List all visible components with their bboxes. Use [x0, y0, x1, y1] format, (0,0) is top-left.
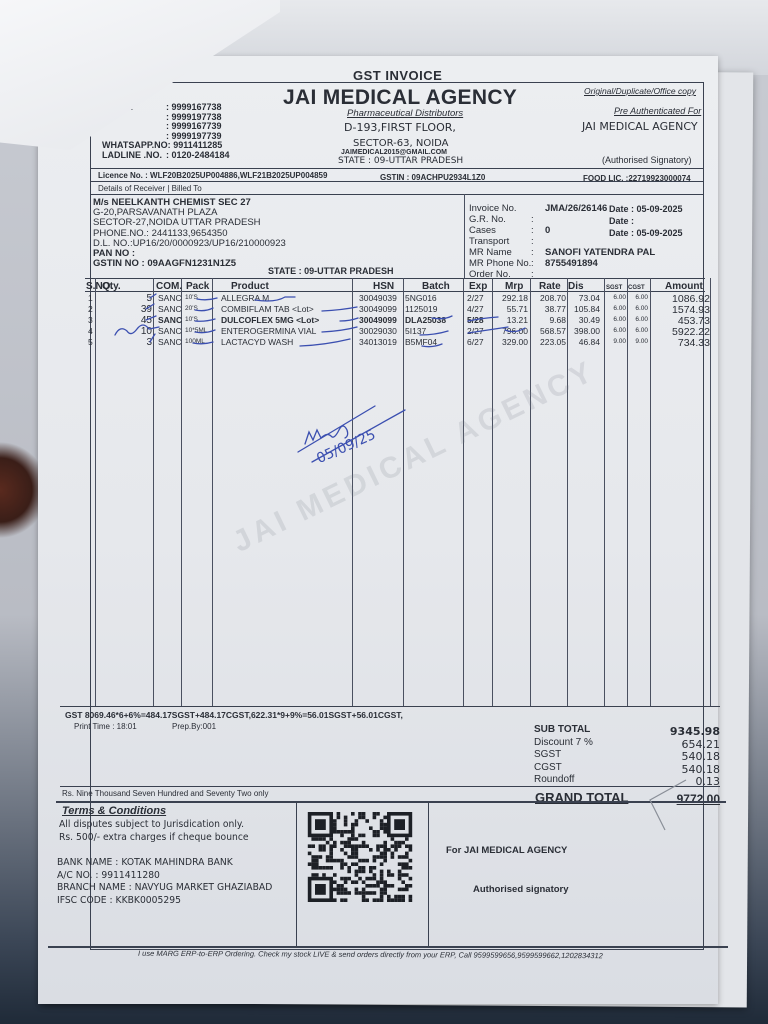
prepared-by: Prep.By:001: [172, 722, 216, 731]
cell-dis: 73.04: [566, 293, 600, 303]
phone-number: 9999197738: [172, 112, 222, 122]
cell-mrp: 329.00: [492, 337, 528, 347]
landline-label: LADLINE .NO.: [102, 151, 166, 161]
column-header[interactable]: Dis: [568, 281, 584, 292]
cell-qty: 45: [97, 315, 152, 326]
svg-text:05/09/25: 05/09/25: [314, 427, 378, 467]
cell-product: ENTEROGERMINA VIAL: [221, 326, 351, 336]
pre-authenticated-label: Pre Authenticated For: [614, 106, 701, 116]
ifsc-code: IFSC CODE : KKBK0005295: [57, 895, 272, 908]
company-name: JAI MEDICAL AGENCY: [283, 86, 517, 110]
cell-exp: 4/27: [467, 304, 491, 314]
total-value: 540.18: [682, 750, 721, 763]
column-header[interactable]: Exp: [469, 281, 487, 292]
company-state: STATE : 09-UTTAR PRADESH: [338, 156, 463, 166]
column-header[interactable]: Batch: [422, 281, 450, 292]
cell-rate: 208.70: [530, 293, 566, 303]
cell-com: SANC: [158, 315, 186, 325]
whatsapp-label: WHATSAPP.NO:: [102, 140, 171, 150]
cell-exp: 5/28: [467, 315, 491, 325]
cell-sgst: 9.00: [604, 338, 626, 345]
meta-separator: :: [531, 258, 545, 269]
invoice-dates: Date : 05-09-2025 Date : Date : 05-09-20…: [609, 203, 683, 239]
cell-product: COMBIFLAM TAB <Lot>: [221, 304, 351, 314]
background-object: [0, 440, 40, 540]
meta-key: G.R. No.: [469, 214, 531, 225]
column-header[interactable]: Amount: [665, 281, 703, 292]
meta-separator: :: [531, 214, 545, 225]
cell-dis: 30.49: [566, 315, 600, 325]
total-value: 654.21: [682, 738, 721, 751]
cell-sgst: 6.00: [604, 327, 626, 334]
cell-hsn: 30049099: [359, 315, 403, 325]
invoice-date: Date : 05-09-2025: [609, 203, 683, 215]
divider: [48, 946, 728, 948]
divider: [464, 194, 465, 278]
cell-batch: DLA25038: [405, 315, 463, 325]
pre-authenticated-company: JAI MEDICAL AGENCY: [582, 120, 698, 133]
receiver-section-label: Details of Receiver | Billed To: [98, 184, 202, 193]
table-column-divider: [710, 278, 711, 706]
cell-cgst: 6.00: [626, 316, 648, 323]
total-label: CGST: [534, 762, 562, 773]
cell-exp: 6/27: [467, 337, 491, 347]
company-subtitle: Pharmaceutical Distributors: [347, 108, 463, 119]
cell-dis: 46.84: [566, 337, 600, 347]
cell-hsn: 30049039: [359, 293, 403, 303]
invoice-meta-row: MR Name:SANOFI YATENDRA PAL: [469, 247, 655, 258]
cell-cgst: 6.00: [626, 294, 648, 301]
cell-hsn: 30049099: [359, 304, 403, 314]
column-header[interactable]: Pack: [186, 281, 209, 292]
phone-number: 9999167739: [172, 121, 222, 131]
handwritten-signature: 05/09/25: [285, 392, 415, 472]
cell-batch: 5I137: [405, 326, 463, 336]
bank-details: BANK NAME : KOTAK MAHINDRA BANK A/C NO. …: [57, 857, 272, 907]
authorised-signatory: Authorised signatory: [473, 884, 569, 895]
cell-hsn: 30029030: [359, 326, 403, 336]
cell-qty: 5: [97, 293, 152, 304]
column-header[interactable]: Qty.: [102, 281, 121, 292]
cell-com: SANC: [158, 326, 186, 336]
meta-value: JMA/26/26146: [545, 203, 607, 214]
cell-amount: 734.33: [650, 337, 710, 349]
cell-mrp: 13.21: [492, 315, 528, 325]
cell-pack: 10*5ML: [185, 327, 215, 334]
table-column-divider: [403, 278, 404, 706]
cell-sgst: 6.00: [604, 305, 626, 312]
invoice-meta-row: MR Phone No.:8755491894: [469, 258, 655, 269]
cell-exp: 2/27: [467, 326, 491, 336]
cell-batch: 1125019: [405, 304, 463, 314]
column-header[interactable]: Rate: [539, 281, 561, 292]
print-time: Print Time : 18:01: [74, 722, 137, 731]
company-address-2: SECTOR-63, NOIDA: [353, 138, 449, 149]
cell-qty: 10: [97, 326, 152, 337]
cell-product: LACTACYD WASH: [221, 337, 351, 347]
cell-pack: 10'S: [185, 316, 215, 323]
gr-date: Date :: [609, 215, 683, 227]
branch-name: BRANCH NAME : NAVYUG MARKET GHAZIABAD: [57, 882, 272, 895]
gst-summary: GST 8069.46*6+6%=484.17SGST+484.17CGST,6…: [65, 710, 403, 720]
meta-key: Transport: [469, 236, 531, 247]
amount-in-words: Rs. Nine Thousand Seven Hundred and Seve…: [62, 789, 269, 798]
cell-com: SANC: [158, 304, 186, 314]
cell-cgst: 6.00: [626, 305, 648, 312]
cell-sgst: 6.00: [604, 294, 626, 301]
terms-line: All disputes subject to Jurisdication on…: [59, 818, 249, 831]
cell-batch: B5MF04: [405, 337, 463, 347]
column-header[interactable]: HSN: [373, 281, 394, 292]
cell-batch: 5NG016: [405, 293, 463, 303]
cell-mrp: 796.00: [492, 326, 528, 336]
cell-com: SANC: [158, 337, 186, 347]
licence-number: Licence No. : WLF20B2025UP004886,WLF21B2…: [98, 171, 327, 180]
table-bottom-border: [60, 706, 720, 707]
terms-list: All disputes subject to Jurisdication on…: [59, 818, 249, 844]
document-title: GST INVOICE: [353, 68, 442, 83]
company-email: JAIMEDICAL2015@GMAIL.COM: [341, 149, 447, 156]
cell-cgst: 6.00: [626, 327, 648, 334]
authorised-signatory-label: (Authorised Signatory): [602, 155, 692, 165]
divider: [296, 802, 297, 947]
cell-dis: 105.84: [566, 304, 600, 314]
cell-pack: 10'S: [185, 294, 215, 301]
cell-pack: 100ML: [185, 338, 215, 345]
meta-value: SANOFI YATENDRA PAL: [545, 247, 655, 258]
cases-date: Date : 05-09-2025: [609, 227, 683, 239]
cell-pack: 20'S: [185, 305, 215, 312]
cell-rate: 38.77: [530, 304, 566, 314]
cell-product: ALLEGRA M: [221, 293, 351, 303]
cell-mrp: 292.18: [492, 293, 528, 303]
cell-dis: 398.00: [566, 326, 600, 336]
column-header[interactable]: Product: [231, 281, 269, 292]
meta-key: MR Phone No.: [469, 258, 531, 269]
divider: [90, 181, 704, 182]
divider: [90, 168, 704, 169]
cell-mrp: 55.71: [492, 304, 528, 314]
cell-qty: 39: [97, 304, 152, 315]
company-address-1: D-193,FIRST FLOOR,: [344, 121, 456, 134]
divider: [56, 801, 726, 803]
total-value: 9345.98: [670, 725, 720, 738]
cell-product: DULCOFLEX 5MG <Lot>: [221, 315, 351, 325]
cell-rate: 9.68: [530, 315, 566, 325]
cell-sgst: 6.00: [604, 316, 626, 323]
meta-key: Cases: [469, 225, 531, 236]
total-value: 540.18: [682, 763, 721, 776]
table-column-divider: [463, 278, 464, 706]
terms-line: Rs. 500/- extra charges if cheque bounce: [59, 831, 249, 844]
for-company-label: For JAI MEDICAL AGENCY: [446, 845, 567, 856]
column-header[interactable]: SGST: [606, 285, 622, 291]
whatsapp-number: 9911411285: [173, 140, 222, 150]
copy-label: Original/Duplicate/Office copy: [584, 86, 696, 96]
table-top-border: [85, 278, 705, 279]
meta-separator: :: [531, 225, 545, 236]
column-header[interactable]: Mrp: [505, 281, 523, 292]
meta-separator: :: [531, 247, 545, 258]
divider: [60, 786, 720, 787]
cell-hsn: 34013019: [359, 337, 403, 347]
cell-com: SANC: [158, 293, 186, 303]
terms-heading: Terms & Conditions: [62, 805, 166, 817]
cell-rate: 568.57: [530, 326, 566, 336]
meta-separator: :: [531, 236, 545, 247]
receiver-gstin: GSTIN NO : 09AAGFN1231N1Z5: [93, 259, 286, 269]
divider: [428, 802, 429, 947]
column-header[interactable]: COM.: [156, 281, 182, 292]
meta-separator: [531, 203, 545, 214]
total-label: Discount 7 %: [534, 737, 593, 748]
total-label: Roundoff: [534, 774, 574, 785]
cell-exp: 2/27: [467, 293, 491, 303]
total-label: SUB TOTAL: [534, 724, 590, 735]
total-label: SGST: [534, 749, 561, 760]
table-column-divider: [153, 278, 154, 706]
meta-key: Invoice No.: [469, 203, 531, 214]
cell-cgst: 9.00: [626, 338, 648, 345]
receiver-details: M/s NEELKANTH CHEMIST SEC 27 G-20,PARSAV…: [93, 198, 286, 269]
qr-code[interactable]: [305, 812, 415, 902]
meta-value: 8755491894: [545, 258, 598, 269]
landline-number: 0120-2484184: [172, 150, 230, 160]
meta-key: MR Name: [469, 247, 531, 258]
cell-qty: 3: [97, 337, 152, 348]
column-header[interactable]: CGST: [628, 285, 645, 291]
divider: [90, 194, 704, 195]
receiver-state: STATE : 09-UTTAR PRADESH: [268, 266, 394, 276]
grand-total-label: GRAND TOTAL: [535, 790, 628, 805]
cell-rate: 223.05: [530, 337, 566, 347]
phone-number: 9999197739: [172, 131, 222, 141]
meta-value: 0: [545, 225, 550, 236]
account-number: A/C NO. : 9911411280: [57, 870, 272, 883]
bank-name: BANK NAME : KOTAK MAHINDRA BANK: [57, 857, 272, 870]
phone-number: 9999167738: [172, 102, 222, 112]
grand-total-value: 9772.00: [677, 792, 720, 806]
